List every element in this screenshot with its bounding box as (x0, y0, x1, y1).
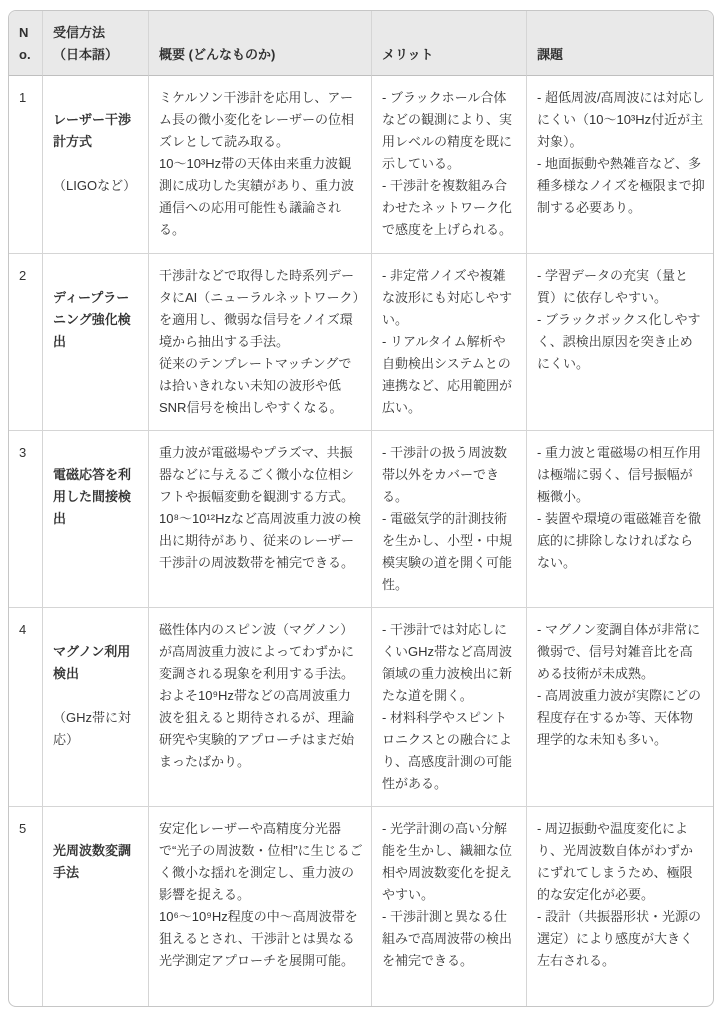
cell-method: マグノン利用検出 （GHz帯に対応） (42, 607, 148, 806)
cell-issues: - 周辺振動や温度変化により、光周波数自体がわずかにずれてしまうため、極限的な安… (526, 806, 713, 1006)
cell-merit: - 光学計測の高い分解能を生かし、繊細な位相や周波数変化を捉えやすい。 - 干渉… (371, 806, 526, 1006)
cell-overview: 干渉計などで取得した時系列データにAI（ニューラルネットワーク）を適用し、微弱な… (148, 253, 371, 430)
cell-merit: - 干渉計の扱う周波数帯以外をカバーできる。 - 電磁気学的計測技術を生かし、小… (371, 430, 526, 607)
cell-overview: ミケルソン干渉計を応用し、アーム長の微小変化をレーザーの位相ズレとして読み取る。… (148, 76, 371, 253)
cell-method: レーザー干渉計方式 （LIGOなど） (42, 76, 148, 253)
cell-issues: - 超低周波/高周波には対応しにくい（10～10³Hz付近が主対象）。 - 地面… (526, 76, 713, 253)
cell-merit: - 非定常ノイズや複雑な波形にも対応しやすい。 - リアルタイム解析や自動検出シ… (371, 253, 526, 430)
method-name: レーザー干渉計方式 (53, 109, 140, 153)
cell-method: ディープラーニング強化検出 (42, 253, 148, 430)
header-issues: 課題 (526, 11, 713, 76)
cell-issues: - マグノン変調自体が非常に微弱で、信号対雑音比を高める技術が未成熟。 - 高周… (526, 607, 713, 806)
table-row: 4 マグノン利用検出 （GHz帯に対応） 磁性体内のスピン波（マグノン）が高周波… (9, 607, 713, 806)
cell-no: 1 (9, 76, 42, 253)
header-no: No. (9, 11, 42, 76)
header-overview: 概要 (どんなものか) (148, 11, 371, 76)
page: No. 受信方法 （日本語） 概要 (どんなものか) メリット 課題 1 レーザ… (0, 0, 720, 1015)
reception-methods-table: No. 受信方法 （日本語） 概要 (どんなものか) メリット 課題 1 レーザ… (8, 10, 714, 1007)
method-note: （GHz帯に対応） (53, 707, 140, 751)
table-row: 5 光周波数変調手法 安定化レーザーや高精度分光器で“光子の周波数・位相”に生じ… (9, 806, 713, 1006)
header-merit: メリット (371, 11, 526, 76)
cell-method: 光周波数変調手法 (42, 806, 148, 1006)
cell-issues: - 重力波と電磁場の相互作用は極端に弱く、信号振幅が極微小。 - 装置や環境の電… (526, 430, 713, 607)
cell-overview: 安定化レーザーや高精度分光器で“光子の周波数・位相”に生じるごく微小な揺れを測定… (148, 806, 371, 1006)
cell-issues: - 学習データの充実（量と質）に依存しやすい。 - ブラックボックス化しやすく、… (526, 253, 713, 430)
cell-no: 3 (9, 430, 42, 607)
cell-merit: - ブラックホール合体などの観測により、実用レベルの精度を既に示している。 - … (371, 76, 526, 253)
cell-no: 5 (9, 806, 42, 1006)
table-row: 3 電磁応答を利用した間接検出 重力波が電磁場やプラズマ、共振器などに与えるごく… (9, 430, 713, 607)
table-row: 1 レーザー干渉計方式 （LIGOなど） ミケルソン干渉計を応用し、アーム長の微… (9, 76, 713, 253)
cell-overview: 磁性体内のスピン波（マグノン）が高周波重力波によってわずかに変調される現象を利用… (148, 607, 371, 806)
method-name: 電磁応答を利用した間接検出 (53, 464, 140, 530)
method-name: 光周波数変調手法 (53, 840, 140, 884)
header-method: 受信方法 （日本語） (42, 11, 148, 76)
table-row: 2 ディープラーニング強化検出 干渉計などで取得した時系列データにAI（ニューラ… (9, 253, 713, 430)
cell-overview: 重力波が電磁場やプラズマ、共振器などに与えるごく微小な位相シフトや振幅変動を観測… (148, 430, 371, 607)
cell-no: 4 (9, 607, 42, 806)
method-name: マグノン利用検出 (53, 641, 140, 685)
method-note: （LIGOなど） (53, 175, 140, 197)
cell-merit: - 干渉計では対応しにくいGHz帯など高周波領域の重力波検出に新たな道を開く。 … (371, 607, 526, 806)
cell-method: 電磁応答を利用した間接検出 (42, 430, 148, 607)
method-name: ディープラーニング強化検出 (53, 287, 140, 353)
header-row: No. 受信方法 （日本語） 概要 (どんなものか) メリット 課題 (9, 11, 713, 76)
cell-no: 2 (9, 253, 42, 430)
